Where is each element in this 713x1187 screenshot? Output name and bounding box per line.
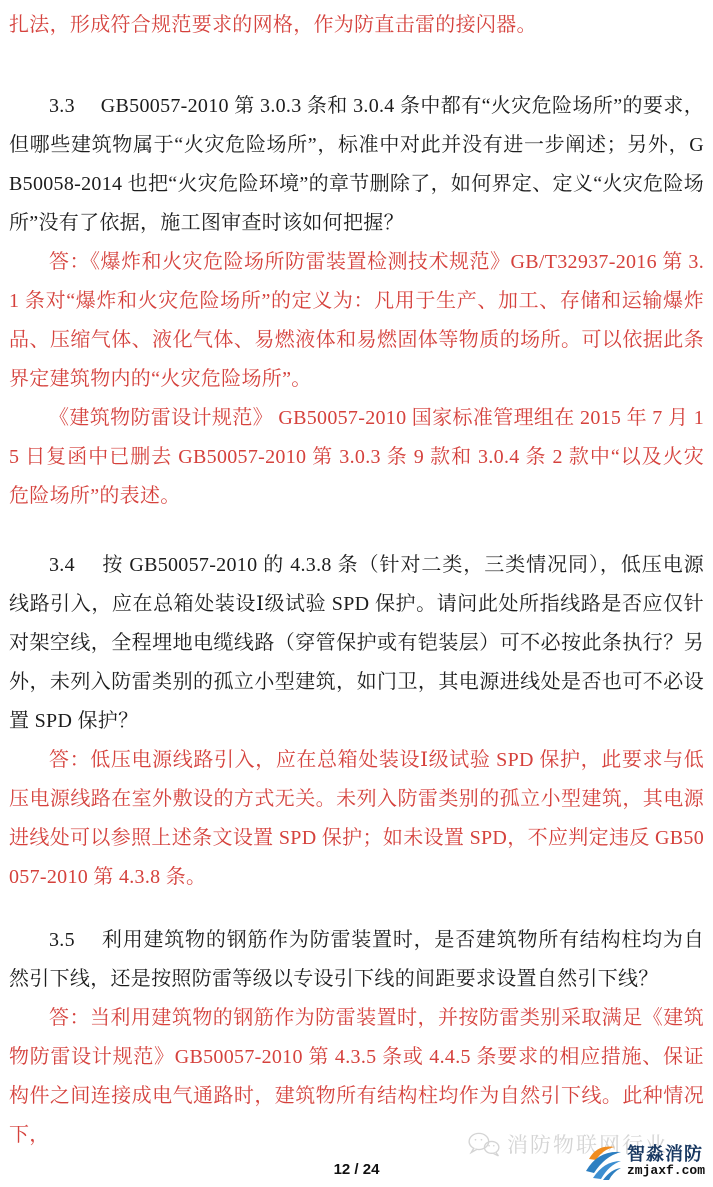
logo-title: 智淼消防 [627,1145,705,1164]
paragraph-question-3-5: 3.5 利用建筑物的钢筋作为防雷装置时，是否建筑物所有结构柱均为自然引下线，还是… [9,921,704,999]
paragraph-answer-continuation: 扎法，形成符合规范要求的网格，作为防直击雷的接闪器。 [9,6,704,45]
logo-domain: zmjaxf.com [627,1164,705,1178]
paragraph-answer-3-4: 答：低压电源线路引入，应在总箱处装设Ⅰ级试验 SPD 保护，此要求与低压电源线路… [9,741,704,897]
paragraph-question-3-3: 3.3 GB50057-2010 第 3.0.3 条和 3.0.4 条中都有“火… [9,87,704,243]
wechat-bubbles-icon [467,1131,501,1157]
logo-swoosh-icon [583,1141,623,1181]
paragraph-answer-3-3-part1: 答：《爆炸和火灾危险场所防雷装置检测技术规范》GB/T32937-2016 第 … [9,243,704,399]
site-logo: 智淼消防 zmjaxf.com [583,1141,705,1181]
document-page: 扎法，形成符合规范要求的网格，作为防直击雷的接闪器。 3.3 GB50057-2… [0,0,713,1187]
document-content: 扎法，形成符合规范要求的网格，作为防直击雷的接闪器。 3.3 GB50057-2… [0,0,713,1155]
logo-text-block: 智淼消防 zmjaxf.com [627,1145,705,1178]
paragraph-question-3-4: 3.4 按 GB50057-2010 的 4.3.8 条（针对二类，三类情况同）… [9,546,704,741]
paragraph-answer-3-3-part2: 《建筑物防雷设计规范》 GB50057-2010 国家标准管理组在 2015 年… [9,399,704,516]
brand-area: 消防物联网行业 智淼消防 zmjaxf.com [467,1121,707,1183]
